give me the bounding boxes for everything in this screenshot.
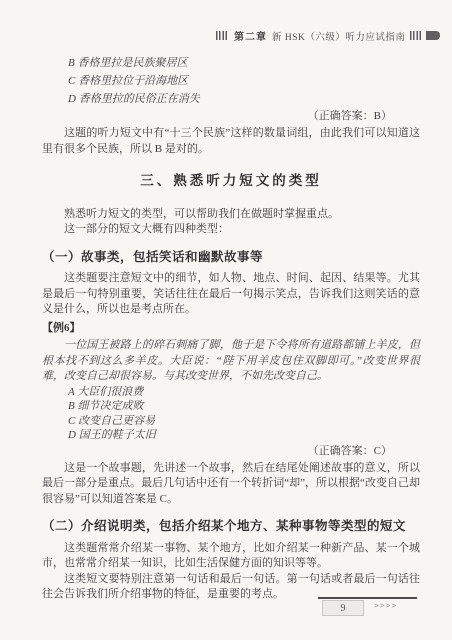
footer-rule (318, 597, 417, 599)
page-content: B 香格里拉是民族聚居区 C 香格里拉位于沿海地区 D 香格里拉的民俗正在消失 … (42, 54, 420, 603)
example-6-option-a: A 大臣们很浪费 (68, 385, 420, 400)
book-page: 第二章 新 HSK（六级）听力应试指南 B 香格里拉是民族聚居区 C 香格里拉位… (0, 0, 452, 640)
footer-arrows-icon: >>>> (374, 601, 397, 610)
example-6-answer: （正确答案：C） (42, 444, 420, 459)
example-6-option-d: D 国王的鞋子太旧 (68, 428, 420, 443)
subsection-1-body: 这类题要注意短文中的细节，如人物、地点、时间、起因、结果等。尤其是最后一句特别重… (42, 271, 420, 318)
section-intro-1: 熟悉听力短文的类型，可以帮助我们在做题时掌握重点。 (42, 207, 420, 223)
header-stripe-icon (216, 31, 229, 40)
chapter-title: 新 HSK（六级）听力应试指南 (272, 29, 405, 43)
review-option-c: C 香格里拉位于沿海地区 (68, 72, 420, 90)
example-6-option-c: C 改变自己更容易 (68, 414, 420, 429)
header-bar (426, 31, 440, 40)
review-answer: （正确答案：B） (42, 109, 420, 124)
header-stripe-icon (410, 31, 421, 40)
review-option-d: D 香格里拉的民俗正在消失 (68, 90, 420, 108)
review-options-list: B 香格里拉是民族聚居区 C 香格里拉位于沿海地区 D 香格里拉的民俗正在消失 (68, 54, 420, 108)
example-6-option-b: B 细节决定成败 (68, 399, 420, 414)
review-explanation: 这题的听力短文中有“十三个民族”这样的数量词组，由此我们可以知道这里有很多个民族… (42, 126, 420, 157)
subsection-1-heading: （一）故事类，包括笑话和幽默故事等 (42, 250, 420, 266)
section-title: 三、熟悉听力短文的类型 (42, 173, 420, 189)
page-number: 9 (322, 600, 364, 616)
page-header: 第二章 新 HSK（六级）听力应试指南 (216, 29, 440, 42)
review-option-b: B 香格里拉是民族聚居区 (68, 54, 420, 72)
chapter-label: 第二章 (234, 28, 267, 43)
subsection-2-para-1: 这类题常常介绍某一事物、某个地方，比如介绍某一种新产品、某一个城市，也常常介绍某… (42, 541, 420, 572)
subsection-2-heading: （二）介绍说明类，包括介绍某个地方、某种事物等类型的短文 (42, 519, 420, 535)
example-6-explanation: 这是一个故事题，先讲述一个故事，然后在结尾处阐述故事的意义，所以最后一部分是重点… (42, 461, 420, 508)
example-6-story: 一位国王被路上的碎石刺痛了脚，他于是下令将所有道路都铺上羊皮，但根本找不到这么多… (42, 338, 420, 385)
example-6-label: 【例6】 (42, 321, 420, 337)
example-6-options-list: A 大臣们很浪费 B 细节决定成败 C 改变自己更容易 D 国王的鞋子太旧 (68, 385, 420, 443)
section-intro-2: 这一部分的短文大概有四种类型： (42, 222, 420, 238)
